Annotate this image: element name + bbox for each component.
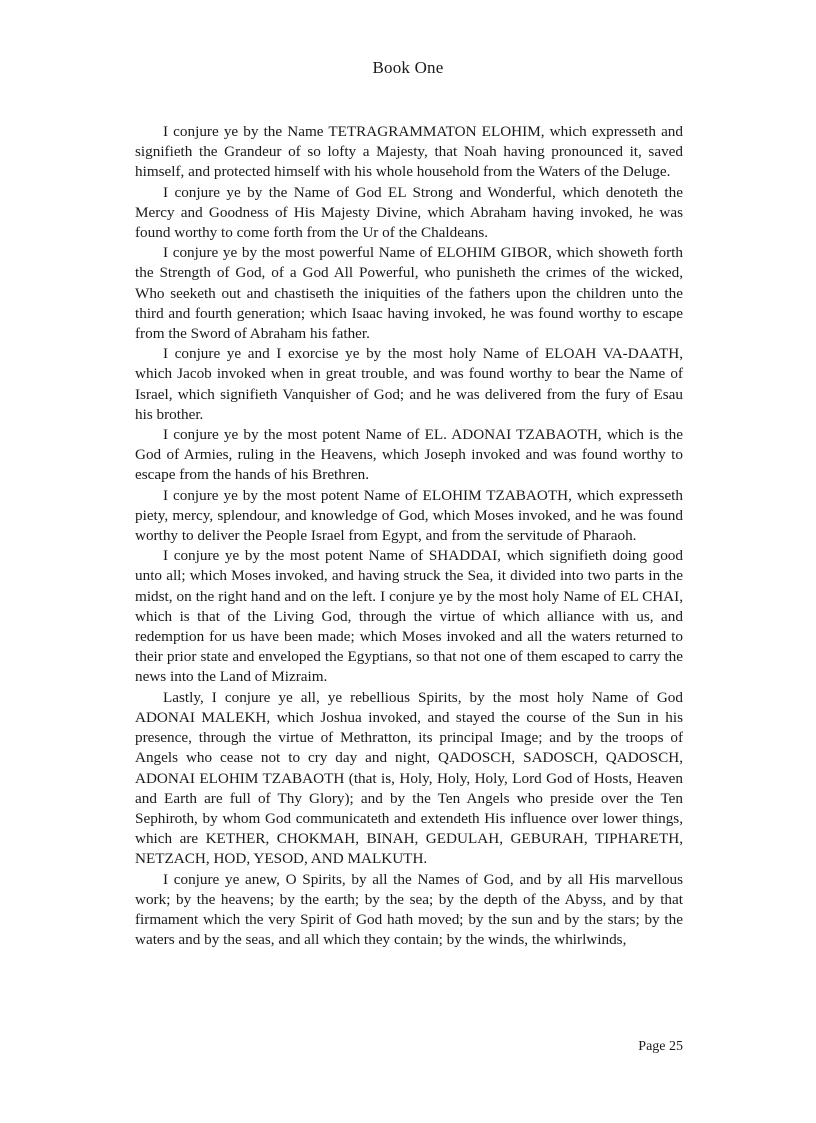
paragraph: Lastly, I conjure ye all, ye rebellious …: [135, 688, 683, 870]
paragraph: I conjure ye by the most potent Name of …: [135, 425, 683, 486]
paragraph: I conjure ye by the most potent Name of …: [135, 546, 683, 687]
running-head: Book One: [0, 58, 816, 78]
body-text: I conjure ye by the Name TETRAGRAMMATON …: [135, 122, 683, 950]
paragraph: I conjure ye by the most powerful Name o…: [135, 243, 683, 344]
paragraph: I conjure ye by the Name TETRAGRAMMATON …: [135, 122, 683, 183]
paragraph: I conjure ye by the Name of God EL Stron…: [135, 183, 683, 244]
paragraph: I conjure ye anew, O Spirits, by all the…: [135, 870, 683, 951]
paragraph: I conjure ye and I exorcise ye by the mo…: [135, 344, 683, 425]
paragraph: I conjure ye by the most potent Name of …: [135, 486, 683, 547]
page-number: Page 25: [638, 1039, 683, 1055]
